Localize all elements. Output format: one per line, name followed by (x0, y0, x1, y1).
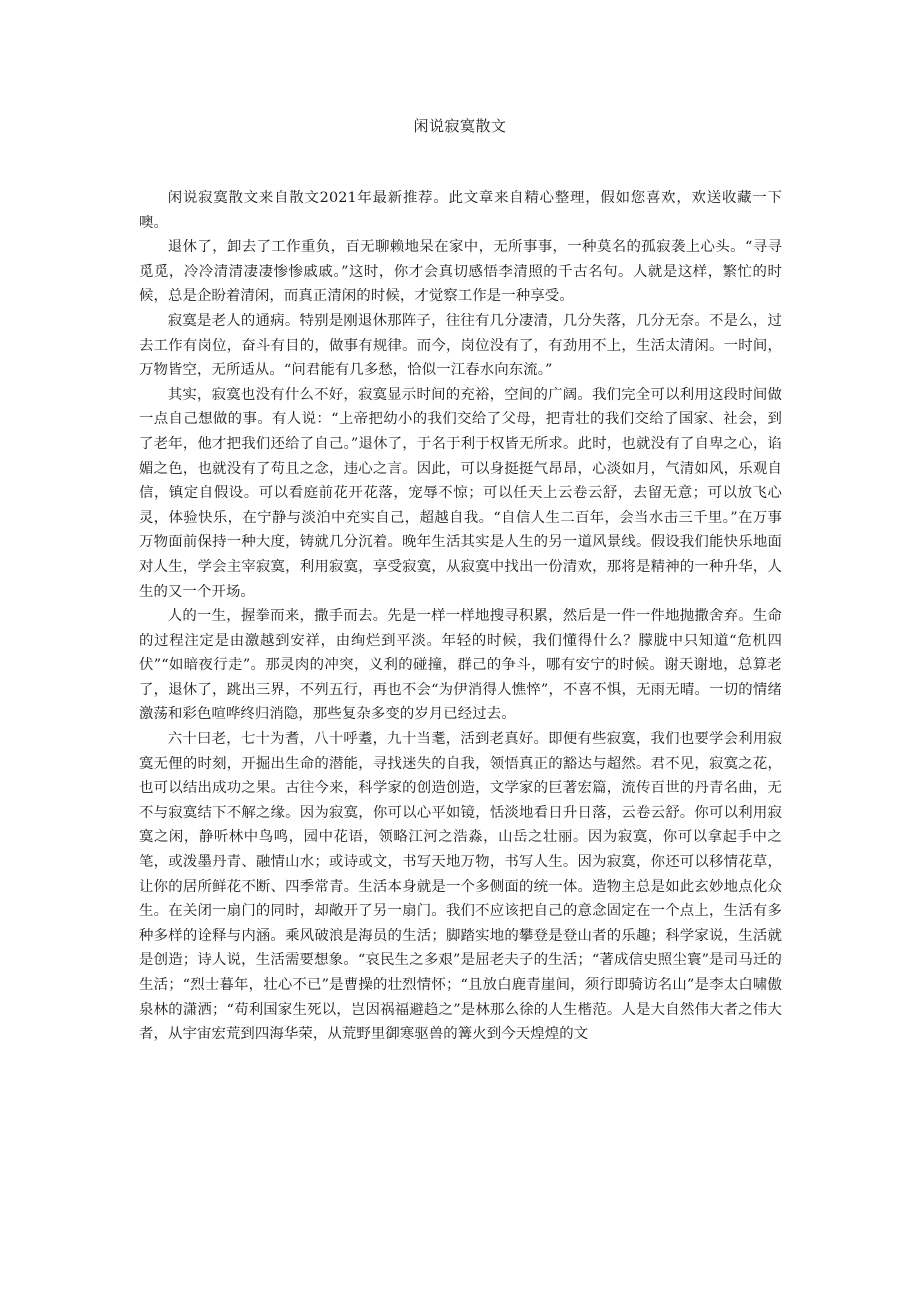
paragraph-loneliness-benefits: 其实，寂寞也没有什么不好，寂寞显示时间的充裕，空间的广阔。我们完全可以利用这段时… (139, 383, 782, 604)
paragraph-loneliness-common: 寂寞是老人的通病。特别是刚退休那阵子，往往有几分凄清，几分失落，几分无奈。不是么… (139, 309, 782, 383)
paragraph-retirement: 退休了，卸去了工作重负，百无聊赖地呆在家中，无所事事，一种莫名的孤寂袭上心头。“… (139, 235, 782, 309)
paragraph-life-journey: 人的一生，握拳而来，撒手而去。先是一样一样地搜寻积累，然后是一件一件地抛撒舍弃。… (139, 604, 782, 727)
document-page: 闲说寂寞散文 闲说寂寞散文来自散文2021年最新推荐。此文章来自精心整理，假如您… (0, 0, 920, 1302)
paragraph-intro: 闲说寂寞散文来自散文2021年最新推荐。此文章来自精心整理，假如您喜欢，欢送收藏… (139, 186, 782, 235)
document-body: 闲说寂寞散文来自散文2021年最新推荐。此文章来自精心整理，假如您喜欢，欢送收藏… (139, 186, 782, 1047)
document-title: 闲说寂寞散文 (0, 116, 920, 136)
paragraph-old-age: 六十曰老，七十为耆，八十呼耋，九十当耄，活到老真好。即便有些寂寞，我们也要学会利… (139, 727, 782, 1047)
